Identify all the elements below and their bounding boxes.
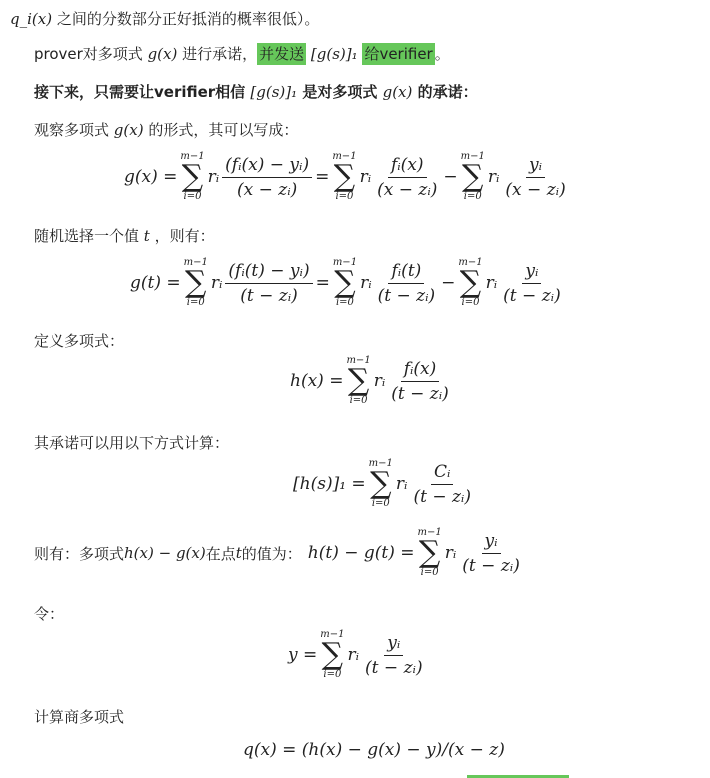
math-inline: g(x) [114, 121, 144, 139]
math-inline: h(x) − g(x) [124, 544, 206, 562]
text: prover对多项式 [34, 45, 148, 63]
fraction: yᵢ(t − zᵢ) [362, 633, 426, 678]
fraction: yᵢ(t − zᵢ) [459, 531, 523, 576]
random-t-line: 随机选择一个值 t ，则有： [34, 225, 215, 247]
summation: m−1∑i=0 [333, 258, 357, 308]
coef: rᵢ [445, 543, 457, 563]
text: 进行承诺， [177, 45, 257, 63]
coef: rᵢ [348, 645, 360, 665]
summation: m−1∑i=0 [180, 152, 204, 202]
equation-h-t-minus-g-t: h(t) − g(t) = m−1∑i=0 rᵢ yᵢ(t − zᵢ) [308, 528, 526, 578]
text: 的承诺： [412, 83, 477, 101]
text: 是对多项式 [297, 83, 382, 101]
highlighted-text: 给verifier [362, 43, 434, 65]
equation-h-x: h(x) = m−1∑i=0 rᵢ fᵢ(x)(t − zᵢ) [290, 356, 455, 406]
eq-lhs: h(t) − g(t) = [308, 543, 415, 563]
coef: rᵢ [208, 167, 220, 187]
summation: m−1∑i=0 [369, 459, 393, 509]
minus: − [441, 273, 455, 293]
continuation-line: q_i(x) 之间的分数部分正好抵消的概率很低）。 [10, 8, 319, 30]
fraction: fᵢ(x)(x − zᵢ) [374, 155, 440, 200]
coef: rᵢ [374, 371, 386, 391]
observe-line: 观察多项式 g(x) 的形式，其可以写成： [34, 119, 298, 141]
text: 的值为： [242, 543, 302, 564]
summation: m−1∑i=0 [418, 528, 442, 578]
equation-y: y = m−1∑i=0 rᵢ yᵢ(t − zᵢ) [288, 630, 429, 680]
quotient-line: 计算商多项式 [34, 706, 124, 728]
text: 在点 [206, 543, 236, 564]
coef: rᵢ [360, 167, 372, 187]
fraction: (fᵢ(t) − yᵢ)(t − zᵢ) [225, 261, 312, 306]
minus: − [443, 167, 457, 187]
summation: m−1∑i=0 [332, 152, 356, 202]
math-inline: [g(s)]₁ [311, 45, 358, 63]
text: 。 [435, 45, 450, 63]
h-minus-g-line: 则有：多项式 h(x) − g(x) 在点 t 的值为： h(t) − g(t)… [34, 528, 526, 578]
eq-lhs: g(x) = [124, 167, 177, 187]
math-inline: g(x) [383, 83, 413, 101]
equals: = [316, 273, 330, 293]
equation-g-x: g(x) = m−1∑i=0 rᵢ (fᵢ(x) − yᵢ)(x − zᵢ) =… [124, 152, 572, 202]
equals: = [315, 167, 329, 187]
coef: rᵢ [211, 273, 223, 293]
coef: rᵢ [488, 167, 500, 187]
text: 的形式，其可以写成： [144, 121, 299, 139]
text: 则有：多项式 [34, 543, 124, 564]
eq-lhs: [h(s)]₁ = [293, 474, 366, 494]
fraction: Cᵢ(t − zᵢ) [410, 462, 474, 507]
let-line: 令： [34, 603, 64, 625]
highlighted-text: 并发送 [257, 43, 306, 65]
coef: rᵢ [396, 474, 408, 494]
summation: m−1∑i=0 [458, 258, 482, 308]
coef: rᵢ [486, 273, 498, 293]
text: 接下来，只需要让verifier相信 [34, 83, 250, 101]
fraction: yᵢ(x − zᵢ) [502, 155, 568, 200]
summation: m−1∑i=0 [184, 258, 208, 308]
eq-lhs: g(t) = [130, 273, 181, 293]
commit-compute-line: 其承诺可以用以下方式计算： [34, 432, 229, 454]
math-inline: [g(s)]₁ [250, 83, 297, 101]
bold-statement: 接下来，只需要让verifier相信 [g(s)]₁ 是对多项式 g(x) 的承… [34, 81, 478, 103]
define-poly-line: 定义多项式： [34, 330, 124, 352]
text: 随机选择一个值 [34, 227, 144, 245]
equation-g-t: g(t) = m−1∑i=0 rᵢ (fᵢ(t) − yᵢ)(t − zᵢ) =… [130, 258, 567, 308]
fraction: yᵢ(t − zᵢ) [500, 261, 564, 306]
text: ，则有： [150, 227, 215, 245]
math-inline: g(x) [148, 45, 178, 63]
equation-q-x: q(x) = (h(x) − g(x) − y)/(x − z) [243, 740, 505, 760]
summation: m−1∑i=0 [320, 630, 344, 680]
fraction: fᵢ(t)(t − zᵢ) [375, 261, 439, 306]
prover-commit-line: prover对多项式 g(x) 进行承诺，并发送 [g(s)]₁ 给verifi… [34, 43, 450, 65]
summation: m−1∑i=0 [461, 152, 485, 202]
coef: rᵢ [360, 273, 372, 293]
equation-h-s-commit: [h(s)]₁ = m−1∑i=0 rᵢ Cᵢ(t − zᵢ) [293, 459, 477, 509]
eq-lhs: h(x) = [290, 371, 343, 391]
math-inline: q_i(x) [10, 10, 52, 28]
text: 观察多项式 [34, 121, 114, 139]
eq-lhs: y = [288, 645, 317, 665]
summation: m−1∑i=0 [346, 356, 370, 406]
fraction: (fᵢ(x) − yᵢ)(x − zᵢ) [222, 155, 312, 200]
text: 之间的分数部分正好抵消的概率很低）。 [57, 10, 320, 28]
fraction: fᵢ(x)(t − zᵢ) [388, 359, 452, 404]
